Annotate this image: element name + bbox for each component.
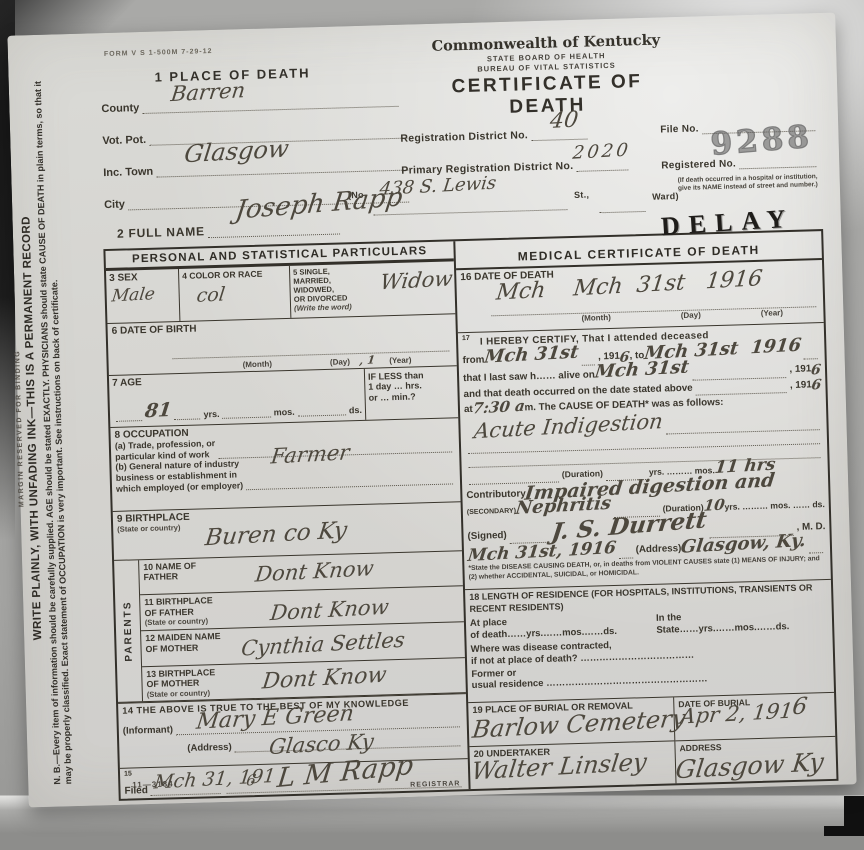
filed-year-handwritten: 6 [245, 773, 256, 789]
certify-number: 17 [462, 335, 470, 351]
in-state-label: In the State……yrs.……mos.……ds. [656, 608, 828, 636]
inc-town-label: Inc. Town [103, 166, 153, 179]
registration-district-value: 40 [549, 109, 580, 133]
color-label: 4 COLOR OR RACE [182, 268, 286, 281]
burial-left: 19 PLACE OF BURIAL OR REMOVAL Barlow Cem… [468, 697, 676, 789]
occurred-year-hw: 6 [811, 378, 822, 393]
sex-color-marital-row: 3 SEX Male 4 COLOR OR RACE col 5 SINGLE,… [106, 261, 455, 323]
undertaker-address-value: Glasgow Ky [674, 749, 825, 782]
residence-section: 18 LENGTH OF RESIDENCE (FOR HOSPITALS, I… [465, 580, 834, 703]
binding-margin: MARGIN RESERVED FOR BINDING WRITE PLAINL… [6, 69, 108, 785]
occupation-a-label: (a) Trade, profession, or particular kin… [115, 438, 216, 462]
medical-column: DELAY MEDICAL CERTIFICATE OF DEATH 16 DA… [455, 231, 836, 789]
date-of-death-row: 16 DATE OF DEATH Mch Mch 31st 1916 (Mont… [456, 260, 824, 333]
photo-of-death-certificate: MARGIN RESERVED FOR BINDING WRITE PLAINL… [0, 0, 864, 850]
certificate-title: CERTIFICATE OF DEATH [413, 70, 682, 121]
personal-column: PERSONAL AND STATISTICAL PARTICULARS 3 S… [105, 241, 470, 799]
certificate-paper: MARGIN RESERVED FOR BINDING WRITE PLAINL… [7, 13, 856, 808]
county-value: Barren [170, 80, 247, 105]
registration-district-label: Registration District No. [400, 129, 528, 145]
burial-date-value: Apr 2, 191 [679, 701, 794, 728]
father-name-value: Dont Know [254, 558, 375, 585]
certify-section: 17 I HEREBY CERTIFY, That I attended dec… [458, 323, 831, 590]
burial-right: DATE OF BURIAL Apr 2, 191 6 ADDRESS Glas… [674, 693, 836, 783]
full-name-label: 2 FULL NAME [117, 224, 205, 240]
secondary-label: (SECONDARY) [467, 506, 516, 519]
ward-dots [596, 200, 648, 213]
mos-label: mos. [274, 406, 295, 417]
city-label: City [104, 198, 125, 211]
occupation-b-label: (b) General nature of industry business … [115, 459, 243, 494]
dod-year-label: (Year) [761, 308, 783, 318]
signed-address-value: Glasgow, Ky. [680, 532, 807, 557]
street-suffix-label: St., [574, 190, 589, 200]
marital-cell: 5 SINGLE, MARRIED, WIDOWED, OR DIVORCED … [290, 261, 455, 317]
dob-day-label: (Day) [330, 357, 350, 367]
form-code: FORM V S 1-500M 7-29-12 [104, 48, 213, 58]
yrs-label: yrs. [203, 409, 219, 419]
at-value: 7:30 a [472, 399, 526, 417]
age-value: 81 [144, 401, 173, 421]
lastsaw-year-printed: , 191 [789, 361, 811, 377]
hospital-note: (If death occurred in a hospital or inst… [678, 173, 828, 194]
county-label: County [101, 102, 139, 115]
parents-rows: 10 NAME OF FATHER Dont Know 11 BIRTHPLAC… [139, 551, 466, 702]
burial-section: 19 PLACE OF BURIAL OR REMOVAL Barlow Cem… [468, 693, 836, 789]
inc-town-value: Glasgow [183, 136, 290, 166]
burial-year-hw: 6 [791, 695, 808, 719]
file-no-label: File No. [660, 123, 699, 135]
certificate-table: PERSONAL AND STATISTICAL PARTICULARS 3 S… [103, 229, 838, 801]
dod-day-label: (Day) [681, 310, 701, 320]
registered-no-label: Registered No. [661, 158, 736, 171]
ds-label: ds. [349, 405, 362, 415]
parents-section: PARENTS 10 NAME OF FATHER Dont Know 11 B… [114, 551, 466, 703]
color-cell: 4 COLOR OR RACE col [179, 266, 291, 321]
duration2-units: yrs. ……… mos. …… ds. [724, 498, 825, 515]
lastsaw-year-hw: 6 [810, 363, 821, 378]
occurred-year-printed: , 191 [790, 377, 812, 393]
undertaker-address-cell: ADDRESS Glasgow Ky [675, 736, 836, 783]
dob-month-label: (Month) [243, 359, 273, 369]
if-less-cell: IF LESS than 1 day … hrs. or … min.? [364, 366, 458, 420]
occupation-row: 8 OCCUPATION (a) Trade, profession, or p… [110, 419, 460, 512]
informant-label: (Informant) [123, 724, 173, 737]
certificate-form: FORM V S 1-500M 7-29-12 1 PLACE OF DEATH… [96, 25, 843, 793]
plate-number: 11—3184 [132, 779, 174, 789]
sex-label: 3 SEX [109, 271, 175, 284]
age-row: 7 AGE 81 yrs. mos. ds. IF LESS than 1 da… [109, 366, 458, 428]
photo-corner-mark [824, 826, 850, 836]
at-place-label: At place of death……yrs.……mos.……ds. [470, 613, 657, 641]
occupation-a-value: Farmer [270, 443, 351, 468]
informant-section: 14 THE ABOVE IS TRUE TO THE BEST OF MY K… [118, 693, 468, 768]
dob-one: , 1 [359, 354, 376, 366]
dob-year-label: (Year) [389, 355, 411, 365]
state-header: Commonwealth of Kentucky STATE BOARD OF … [412, 31, 682, 121]
county-row: County [101, 95, 401, 115]
lastsaw-value: Mch 31st [593, 358, 689, 381]
undertaker-cell: 20 UNDERTAKER Walter Linsley [469, 741, 675, 789]
sex-value: Male [111, 286, 156, 305]
vot-pct-label: Vot. Pot. [102, 134, 146, 147]
birthplace-value: Buren co Ky [204, 519, 348, 550]
parents-label: PARENTS [122, 600, 135, 661]
if-less-label: IF LESS than 1 day … hrs. or … min.? [368, 369, 455, 404]
primary-registration-value: 2020 [572, 142, 632, 163]
from-value: Mch 31st [483, 343, 579, 366]
informant-address-label: (Address) [187, 742, 232, 755]
signed-address-label: (Address) [635, 541, 681, 558]
from-label: from [462, 353, 484, 369]
color-value: col [196, 286, 227, 307]
burial-place-cell: 19 PLACE OF BURIAL OR REMOVAL Barlow Cem… [468, 697, 674, 746]
full-name-row: 2 FULL NAME [117, 220, 343, 240]
sex-cell: 3 SEX Male [106, 269, 180, 323]
marital-value: Widow [379, 268, 454, 293]
age-cell: 7 AGE 81 yrs. mos. ds. [109, 369, 365, 428]
burial-date-cell: DATE OF BURIAL Apr 2, 191 6 [674, 693, 835, 741]
dod-month-label: (Month) [581, 313, 611, 323]
full-name-value: Joseph Rapp [234, 184, 404, 223]
registrar-label: REGISTRAR [410, 780, 460, 788]
signed-label: (Signed) [467, 528, 507, 545]
registered-no-row: Registered No. [661, 155, 819, 171]
ward-label: Ward) [652, 191, 679, 202]
